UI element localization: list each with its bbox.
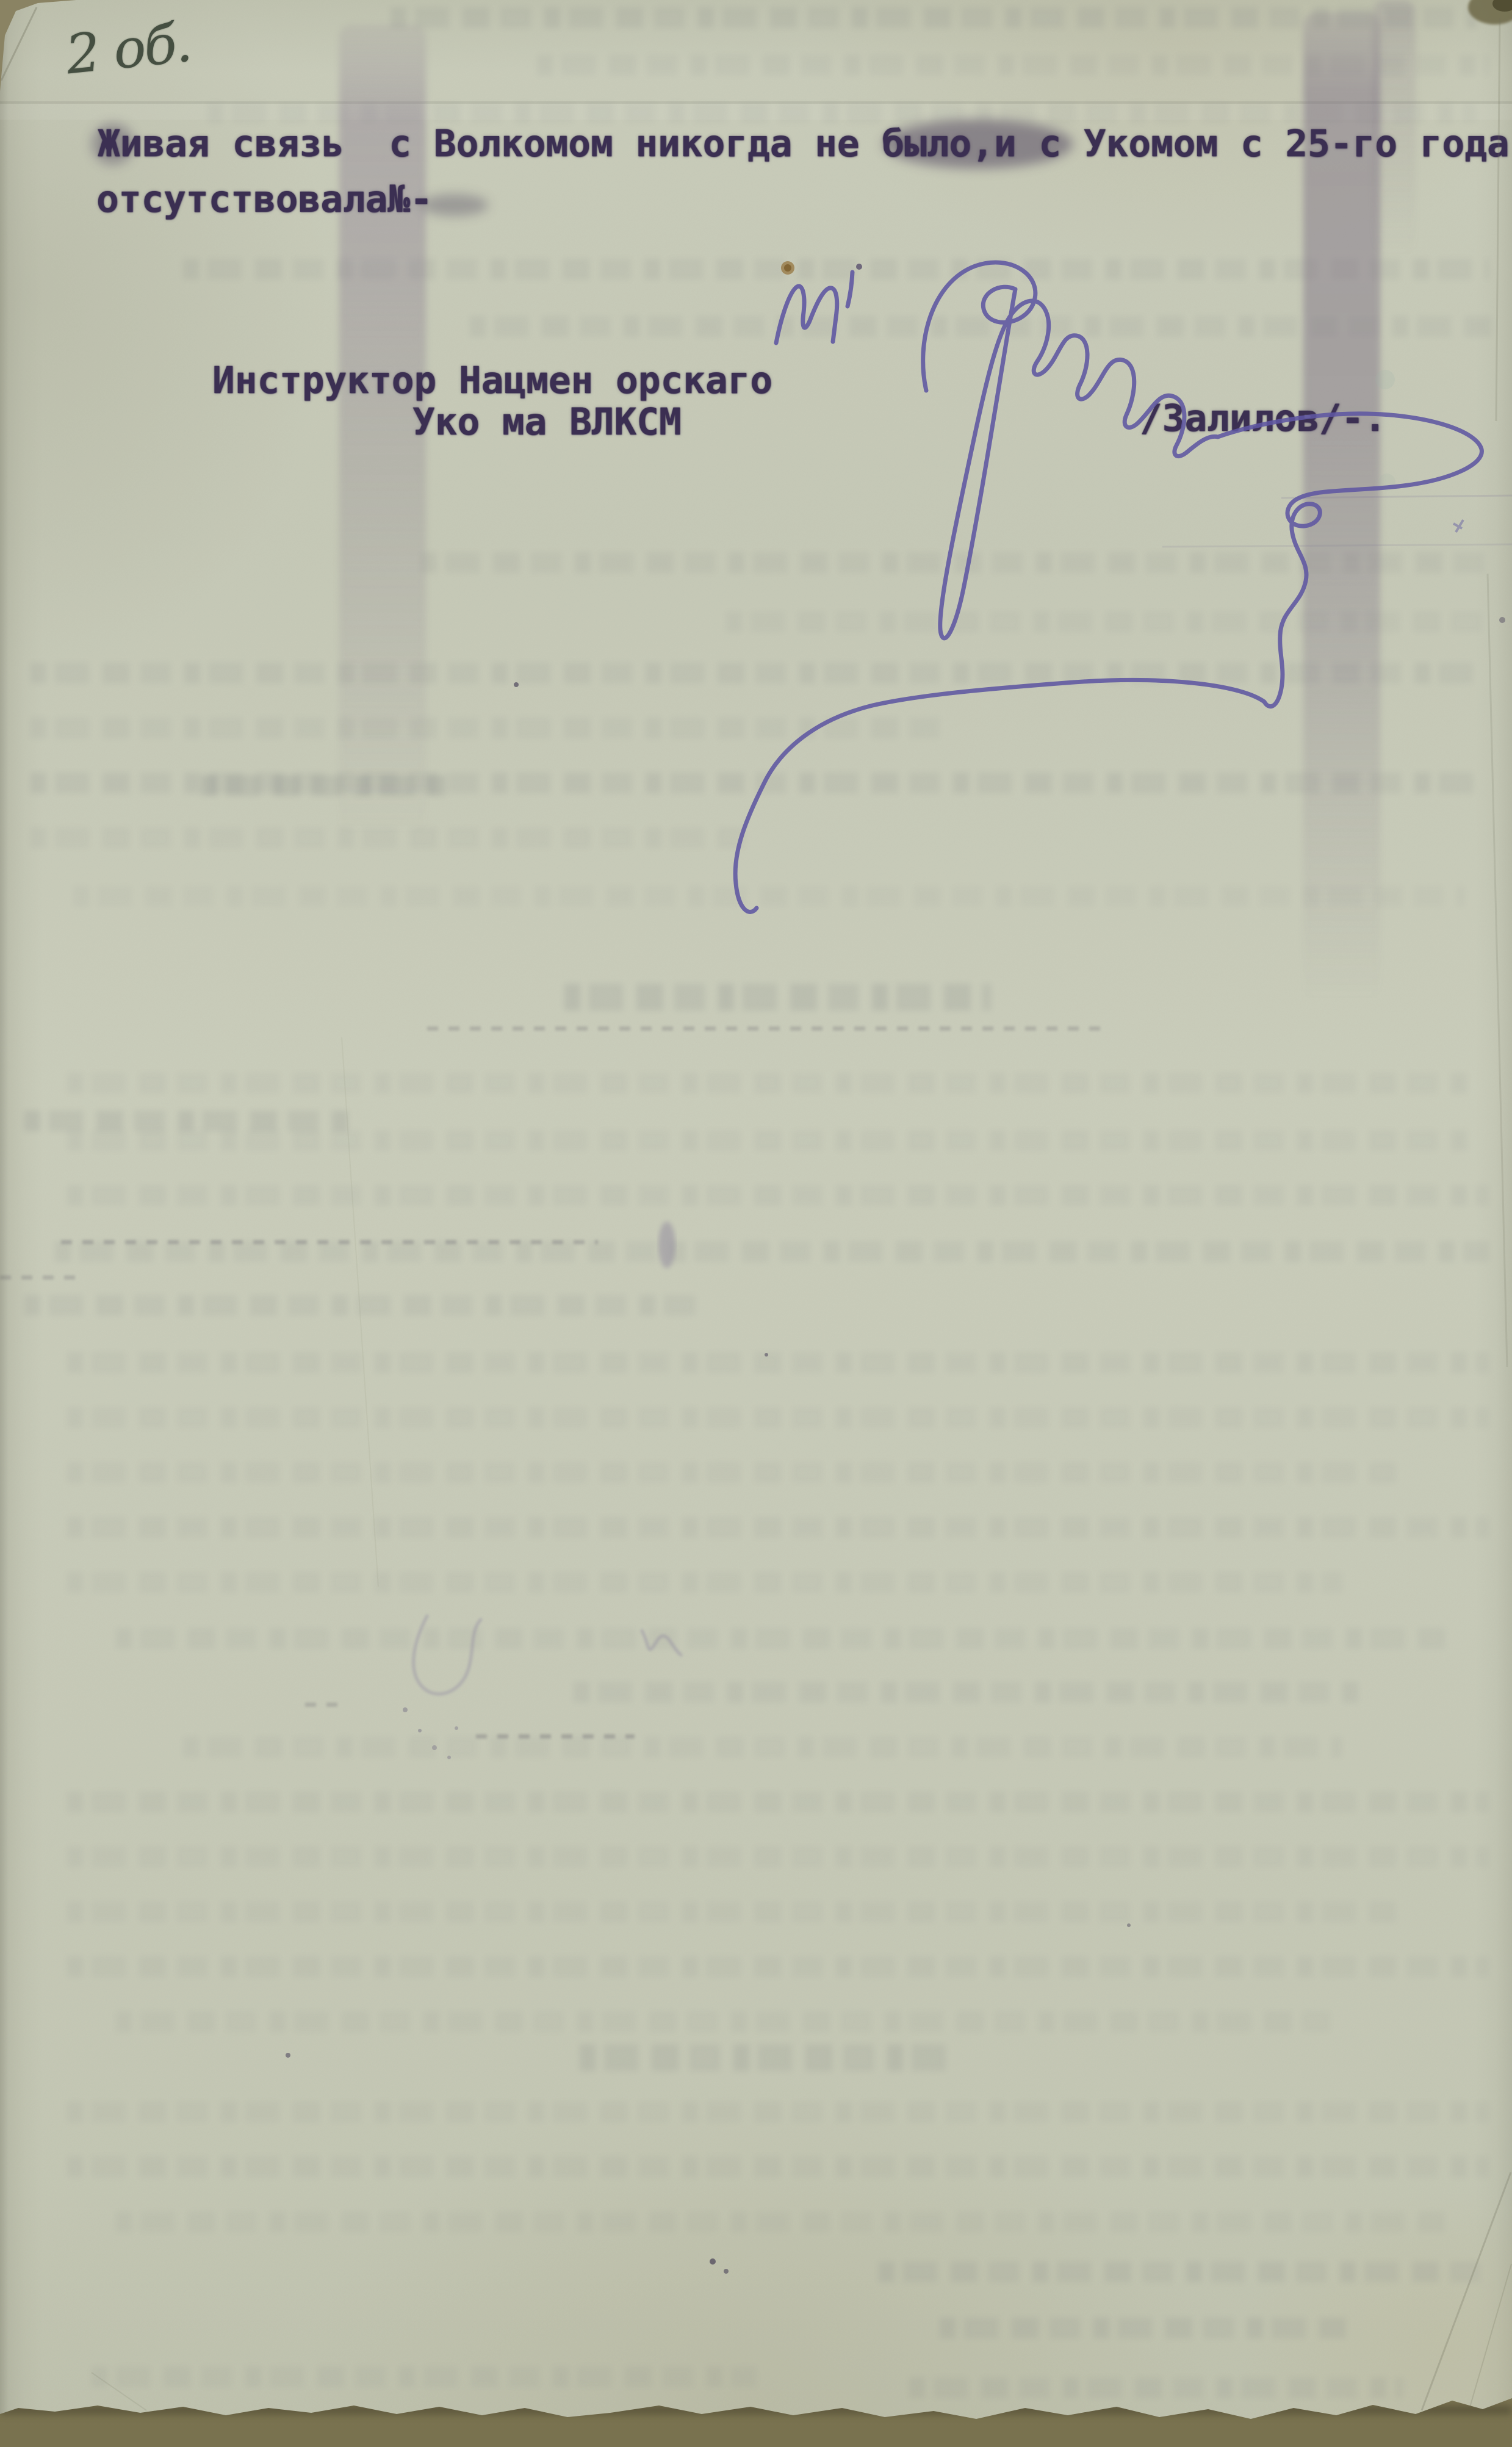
signature [0, 0, 1512, 2426]
signature-apostrophe [848, 272, 852, 306]
paper-sheet: Живая связь с Волкомом никогда не было,и… [0, 0, 1512, 2426]
document-scan: { "page": { "handwritten_page_number": "… [0, 0, 1512, 2447]
signature-flourish [735, 262, 1481, 912]
signature-initial-m [776, 286, 837, 343]
